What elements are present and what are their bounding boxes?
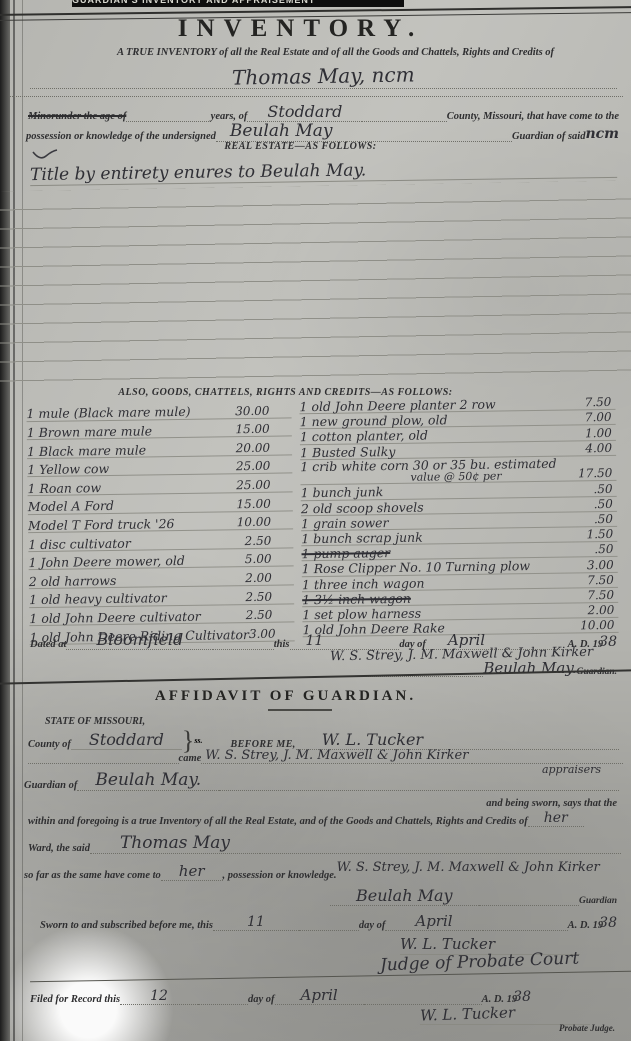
blank-fill [198,1004,248,1005]
item-name: 1 Brown mare mule [27,424,208,440]
said-ncm-handwriting: ncm [585,126,619,142]
item-price: 7.50 [570,588,618,603]
come-to-label: so far as the same have come to [24,870,161,881]
item-name: 1 John Deere mower, old [28,554,209,570]
her-handwriting: her [528,810,584,827]
item-price: 1.50 [569,527,617,542]
items-column-left: 1 mule (Black mare mule) 30.00 1 Brown m… [26,399,294,644]
item-name: Model A Ford [28,498,209,514]
item-price: 10.00 [209,515,293,530]
item-name: 1 disc cultivator [28,535,209,551]
blank-fill [483,930,568,931]
item-price: 25.00 [208,477,292,492]
left-border-rule-inner [22,0,23,1041]
scanned-document-page: GUARDIAN'S INVENTORY AND APPRAISEMENT IN… [0,0,631,1041]
item-price: .50 [568,482,616,497]
item-name: 1 old heavy cultivator [29,591,210,607]
filed-judge-signature-handwriting: W. L. Tucker [420,1003,516,1024]
item-name-text: 1 cotton planter, old [300,428,428,445]
intro-statement: A TRUE INVENTORY of all the Real Estate … [60,47,611,58]
item-price: 5.00 [209,552,293,567]
filed-judge-signature-line: W. L. Tucker [420,1005,590,1025]
item-name: 2 old harrows [29,572,210,588]
filed-day-handwriting: 12 [120,988,198,1005]
possession-line: possession or knowledge of the undersign… [26,121,619,142]
filed-year-handwriting: 38 [513,989,531,1005]
sworn-year-handwriting: 38 [599,915,617,931]
sworn-month-handwriting: April [385,912,482,931]
item-price: .50 [569,497,617,512]
ward-name-handwriting: Thomas May [90,833,260,854]
guardian-signature-handwriting: Beulah May. [483,659,576,677]
page-title: INVENTORY. [0,15,601,43]
sworn-line: Sworn to and subscribed before me, this … [40,912,617,931]
filed-separator-rule [30,971,631,983]
item-name-text: 2 old scoop shovels [301,499,424,516]
real-estate-entry-line: Title by entirety enures to Beulah May. [30,151,617,186]
the-said-label: , the said [51,843,90,854]
county-handwriting: Stoddard [247,102,362,122]
item-name: Model T Ford truck '26 [28,517,209,533]
ad-label: A. D. 19 [568,920,604,931]
item-price: 15.00 [208,422,292,437]
item-name-text: 1 Rose Clipper No. 10 Turning plow [302,559,530,577]
blank-fill [299,930,359,931]
guardian-label: Guardian [579,896,617,906]
come-to-line: so far as the same have come to her , po… [24,862,621,881]
guardian-of-label: Guardian of [24,780,77,791]
sworn-label: Sworn to and subscribed before me, this [40,920,213,931]
county-handwriting: Stoddard [71,730,182,750]
ward-line: Ward , the said Thomas May [28,833,621,854]
banner-text: GUARDIAN'S INVENTORY AND APPRAISEMENT [72,0,404,5]
item-price: 2.50 [210,608,294,623]
items-column-right: 1 old John Deere planter 2 row 7.50 1 ne… [299,395,618,641]
blank-fill [479,905,579,906]
item-name: 1 mule (Black mare mule) [26,405,207,421]
item-price: .50 [569,512,617,527]
item-price: 25.00 [208,459,292,474]
item-price: 2.50 [210,589,294,604]
minor-age-line: Minor under the age of years, of Stoddar… [28,102,619,122]
item-price: 30.00 [207,403,291,418]
item-name-text: 1 grain sower [301,515,389,531]
state-of-missouri-label: STATE OF MISSOURI, [45,716,235,727]
blank-fill [28,763,179,764]
left-binding-edge [0,0,10,1041]
item-price: 17.50 [568,466,616,481]
item-price: 1.00 [568,425,616,440]
item-price: 15.00 [209,496,293,511]
blank-ruled-lines [0,180,631,393]
blank-fill [260,853,621,854]
item-name-text: 1 set plow harness [302,606,421,623]
filed-label: Filed for Record this [30,994,120,1005]
dated-at-label: Dated at [30,639,66,650]
item-name-text: 1 bunch scrap junk [301,530,423,547]
item-price: 2.00 [210,570,294,585]
inventory-items: 1 mule (Black mare mule) 30.00 1 Brown m… [26,395,618,645]
item-price: 3.00 [570,557,618,572]
filed-month-handwriting: April [275,986,364,1005]
judge-name-handwriting: W. L. Tucker [296,730,449,750]
left-border-rule [13,0,15,1041]
item-name-second-line: value @ 50¢ per [410,469,568,483]
item-price: 7.00 [568,410,616,425]
item-name: 1 Roan cow [27,479,208,495]
true-inventory-line: within and foregoing is a true Inventory… [28,810,621,827]
section-separator-rule [0,669,631,685]
item-name: 1 crib white corn 30 or 35 bu. estimated… [300,456,568,484]
item-price: 20.00 [208,440,292,455]
item-price: 7.50 [567,395,615,410]
ss-label: ss. [194,736,202,745]
affidavit-signature-line: Beulah May Guardian [330,886,617,906]
item-name: 1 Black mare mule [27,442,208,458]
dated-place-handwriting: Bloomfield [66,630,213,650]
being-sworn-label: and being sworn, says that the [486,798,617,809]
blank-fill [213,649,273,650]
item-price: .50 [569,542,617,557]
item-price: 7.50 [570,573,618,588]
true-inventory-label: within and foregoing is a true Inventory… [28,816,528,827]
item-price: 2.00 [570,603,618,618]
came-names-handwriting: W. S. Strey, J. M. Maxwell & John Kirker [201,748,472,764]
affidavit-heading-underline [268,709,332,711]
guardian-of-line: Guardian of Beulah May. [24,770,619,791]
item-name-text: 1 pump auger [301,545,390,561]
affidavit-heading: AFFIDAVIT OF GUARDIAN. [0,688,571,705]
possession-knowledge-label: , possession or knowledge. [223,870,337,881]
item-price: 4.00 [568,441,616,456]
item-name-text: 1 3½ inch wagon [302,591,411,608]
day-of-label: day of [248,994,275,1005]
blank-fill [219,790,619,791]
witnesses-handwriting: W. S. Strey, J. M. Maxwell & John Kirker [337,860,600,875]
sworn-day-handwriting: 11 [213,914,299,931]
subject-name-line: Thomas May, ncm [30,60,617,89]
day-of-label: day of [359,920,386,931]
item-name: 1 Yellow cow [27,461,208,477]
item-name-text: 1 old John Deere planter 2 row [299,397,495,415]
guardian-signature-handwriting: Beulah May [330,886,479,906]
cut-off-header-banner: GUARDIAN'S INVENTORY AND APPRAISEMENT [72,0,404,7]
ward-label: Ward [28,843,51,854]
subject-name-handwriting: Thomas May, ncm [232,62,415,89]
real-estate-entry-handwriting: Title by entirety enures to Beulah May. [30,160,366,185]
guardian-name-handwriting: Beulah May [216,121,347,142]
blank-dotted-line [10,96,623,97]
item-name-text: 1 three inch wagon [302,575,425,592]
guardian-name-handwriting: Beulah May. [77,770,219,791]
judge-signature-handwriting: W. L. Tucker [400,935,495,953]
this-label: this [274,639,290,650]
item-name: 1 old John Deere cultivator [29,610,210,626]
item-name-text: 1 bunch junk [301,485,384,501]
judge-title-line: Judge of Probate Court [380,952,623,972]
item-price: 2.50 [209,533,293,548]
item-name: 1 Rose Clipper No. 10 Turning plow [302,559,570,576]
filed-line: Filed for Record this 12 day of April A.… [30,986,531,1005]
came-label: came [179,753,202,764]
county-before-me-line: County of Stoddard } ss. BEFORE ME, W. L… [28,730,619,750]
came-line: came W. S. Strey, J. M. Maxwell & John K… [28,748,623,764]
probate-judge-label: Probate Judge. [559,1023,615,1033]
real-estate-heading: REAL ESTATE—AS FOLLOWS: [0,141,601,152]
her-handwriting: her [161,862,223,881]
